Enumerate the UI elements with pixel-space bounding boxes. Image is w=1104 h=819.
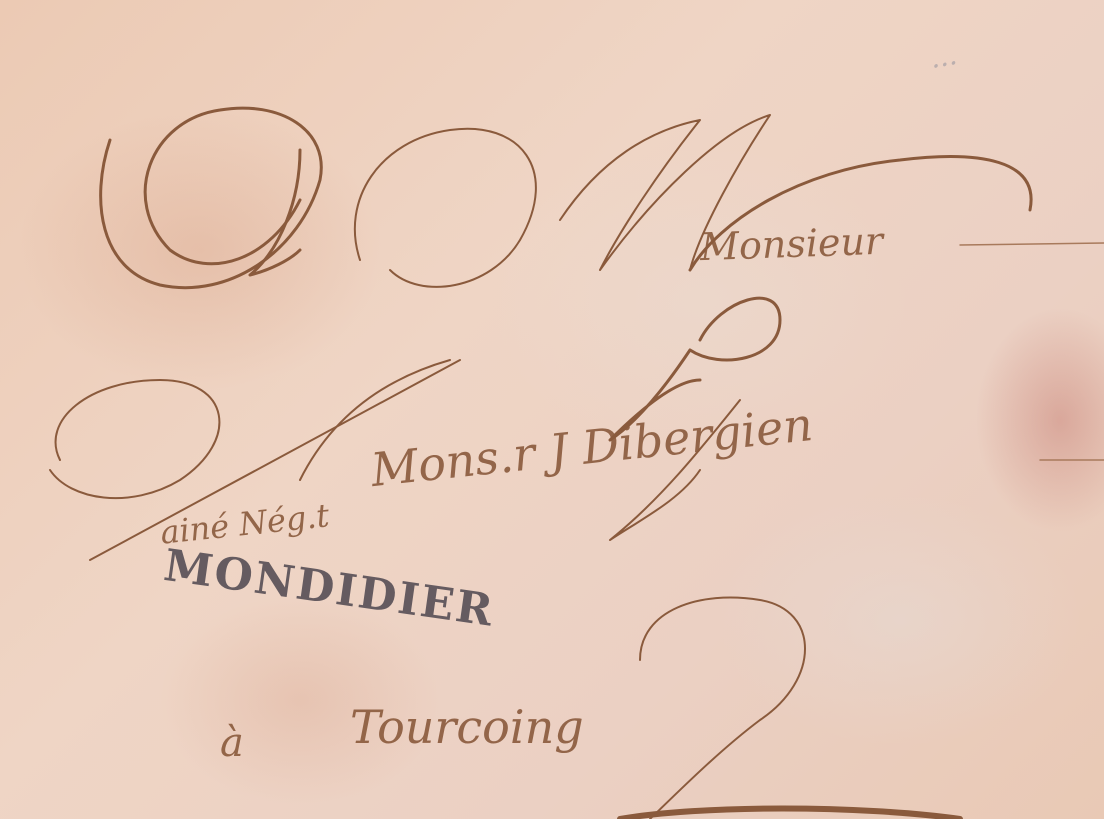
- destination-town: Tourcoing: [350, 700, 584, 754]
- destination-prefix: à: [220, 720, 244, 766]
- faint-pencil-notation: ...: [927, 38, 959, 75]
- calligraphic-flourishes: [0, 0, 1104, 819]
- address-salutation: Monsieur: [699, 219, 883, 269]
